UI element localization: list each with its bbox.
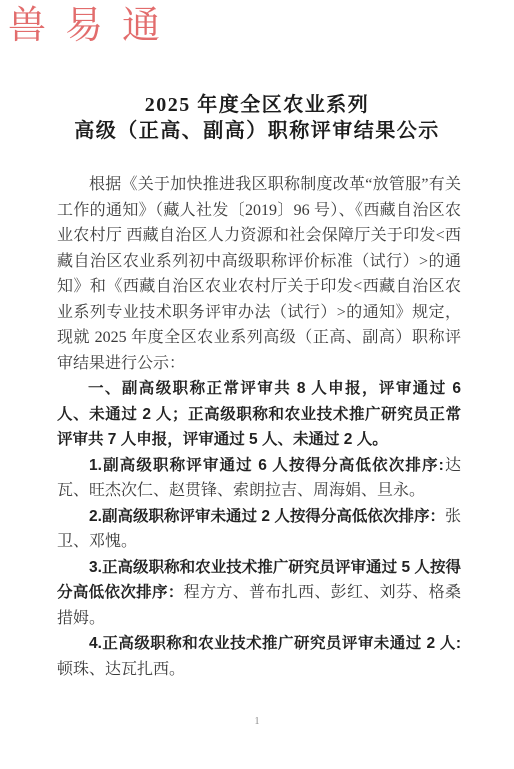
page-number: 1	[0, 716, 514, 727]
item-1-heading: 1.副高级职称评审通过 6 人按得分高低依次排序:	[89, 457, 444, 474]
paragraph-item-2: 2.副高级职称评审未通过 2 人按得分高低依次排序：张卫、邓愧。	[57, 504, 461, 555]
paragraph-summary-text: 一、副高级职称正常评审共 8 人申报，评审通过 6 人、未通过 2 人；正高级职…	[57, 380, 461, 448]
item-4-names: 顿珠、达瓦扎西。	[57, 661, 185, 678]
paragraph-item-3: 3.正高级职称和农业技术推广研究员评审通过 5 人按得分高低依次排序：程方方、普…	[57, 555, 461, 632]
paragraph-intro-text: 根据《关于加快推进我区职称制度改革“放管服”有关工作的通知》（藏人社发〔2019…	[57, 176, 461, 372]
paragraph-summary: 一、副高级职称正常评审共 8 人申报，评审通过 6 人、未通过 2 人；正高级职…	[57, 376, 461, 453]
item-2-heading: 2.副高级职称评审未通过 2 人按得分高低依次排序：	[89, 508, 445, 525]
item-4-heading: 4.正高级职称和农业技术推广研究员评审未通过 2 人:	[89, 635, 461, 652]
document-title: 2025 年度全区农业系列 高级（正高、副高）职称评审结果公示	[0, 92, 514, 144]
document-page: 兽易通 2025 年度全区农业系列 高级（正高、副高）职称评审结果公示 根据《关…	[0, 0, 514, 769]
title-line-1: 2025 年度全区农业系列	[0, 92, 514, 118]
paragraph-item-1: 1.副高级职称评审通过 6 人按得分高低依次排序:达瓦、旺杰次仁、赵贯锋、索朗拉…	[57, 453, 461, 504]
watermark-logo: 兽易通	[8, 0, 179, 52]
document-body: 根据《关于加快推进我区职称制度改革“放管服”有关工作的通知》（藏人社发〔2019…	[57, 172, 461, 682]
title-line-2: 高级（正高、副高）职称评审结果公示	[0, 118, 514, 144]
paragraph-item-4: 4.正高级职称和农业技术推广研究员评审未通过 2 人:顿珠、达瓦扎西。	[57, 631, 461, 682]
paragraph-intro: 根据《关于加快推进我区职称制度改革“放管服”有关工作的通知》（藏人社发〔2019…	[57, 172, 461, 376]
